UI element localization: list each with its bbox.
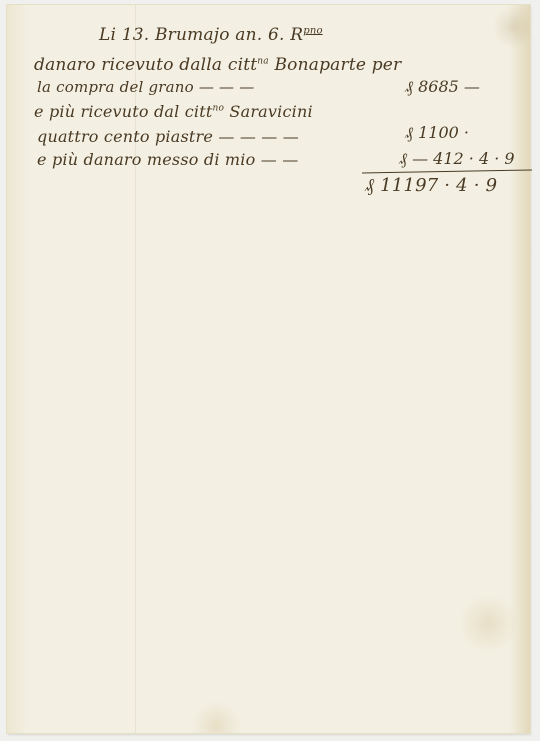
manuscript-page: Li 13. Brumajo an. 6. Rpno danaro ricevu… [7, 5, 530, 733]
sum-rule [362, 170, 532, 174]
total-amount: ₰ 11197 · 4 · 9 [365, 175, 497, 196]
line-5: e più danaro messo di mio — — [37, 150, 298, 169]
line-4-text: quattro cento piastre — — — — [37, 127, 299, 146]
amount-3: ₰ — 412 · 4 · 9 [399, 149, 515, 169]
header-date: Li 13. Brumajo an. 6. Rpno [99, 25, 323, 45]
line-5-text: e più danaro messo di mio — — [37, 150, 298, 169]
amount-1: ₰ 8685 — [405, 77, 480, 97]
line-3-text: e più ricevuto dal citt [34, 102, 213, 121]
line-1-text: danaro ricevuto dalla citt [34, 55, 257, 75]
amount-2: ₰ 1100 · [405, 123, 469, 143]
line-1: danaro ricevuto dalla cittna Bonaparte p… [34, 55, 401, 75]
line-2-text: la compra del grano — — — [37, 78, 254, 96]
header-date-text: Li 13. Brumajo an. 6. [99, 25, 285, 45]
line-3-sup: no [213, 104, 225, 114]
line-3: e più ricevuto dal cittno Saravicini [34, 102, 313, 121]
line-3-text-after: Saravicini [224, 102, 313, 121]
line-1-text-after: Bonaparte per [269, 55, 402, 75]
line-4: quattro cento piastre — — — — [37, 127, 299, 146]
line-2: la compra del grano — — — [37, 78, 254, 96]
line-1-sup: na [257, 56, 269, 66]
header-date-suffix: Rpno [290, 25, 322, 45]
